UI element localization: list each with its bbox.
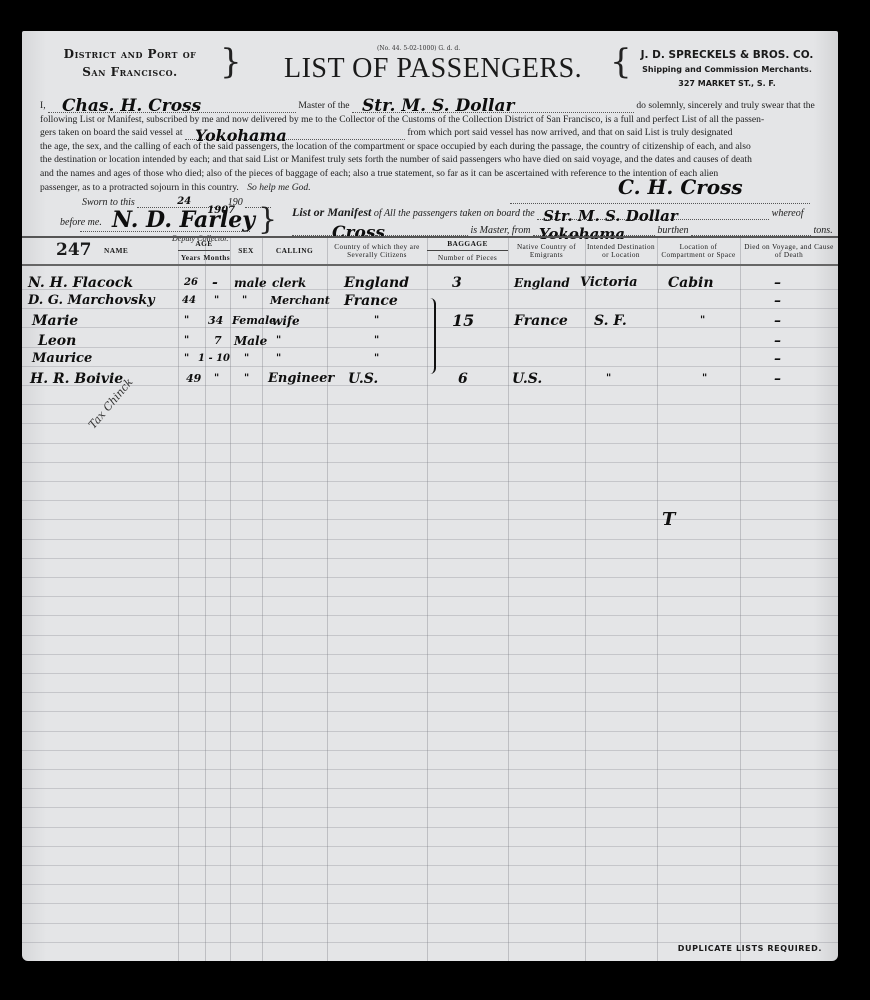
ruled-line <box>22 462 838 463</box>
oath-line-4: the age, the sex, and the calling of eac… <box>40 140 822 154</box>
ruled-line <box>22 596 838 597</box>
ruled-line <box>22 519 838 520</box>
ruled-line <box>22 865 838 866</box>
oath-line-3-head: gers taken on board the said vessel at <box>40 127 183 138</box>
oath-prefix: I, <box>40 100 46 111</box>
port-line: San Francisco. <box>40 63 220 81</box>
ruled-line <box>22 750 838 751</box>
col-age-years: Years <box>178 251 203 263</box>
ruled-line <box>22 404 838 405</box>
sworn-brace: } <box>258 205 277 235</box>
ruled-line <box>22 884 838 885</box>
ruled-line <box>22 731 838 732</box>
ruled-line <box>22 769 838 770</box>
district-line: District and Port of <box>40 45 220 63</box>
collector-signature: N. D. Farley <box>112 207 255 233</box>
ruled-line <box>22 827 838 828</box>
row-compartment: " <box>702 367 707 391</box>
ruled-line <box>22 942 838 943</box>
row-baggage: 6 <box>458 367 468 391</box>
ruled-line <box>22 807 838 808</box>
manifest-page: District and Port of San Francisco. } (N… <box>22 31 838 961</box>
list-number: 247 <box>56 240 92 260</box>
ruled-line <box>22 788 838 789</box>
ruled-line <box>22 711 838 712</box>
oath-line-2: following List or Manifest, subscribed b… <box>40 113 822 127</box>
stray-mark: T <box>662 509 675 530</box>
col-compartment: Location of Compartment or Space <box>657 238 740 264</box>
col-age-months: Months <box>203 251 230 263</box>
row-destination: " <box>606 367 611 391</box>
col-died: Died on Voyage, and Cause of Death <box>740 238 838 264</box>
oath-closing: So help me God. <box>247 182 310 193</box>
manifest-vessel-field: Str. M. S. Dollar <box>537 219 769 220</box>
manifest-label-bold: List or Manifest <box>292 205 371 219</box>
manifest-burthen: burthen <box>657 225 688 236</box>
oath-line-5: the destination or location intended by … <box>40 153 822 167</box>
ruled-line <box>22 481 838 482</box>
footer-note: DUPLICATE LISTS REQUIRED. <box>678 944 822 953</box>
before-me-label: before me. <box>60 217 102 228</box>
ruled-line <box>22 558 838 559</box>
col-sex: SEX <box>230 238 262 264</box>
ruled-line <box>22 443 838 444</box>
sworn-day: 24 <box>177 196 191 207</box>
agent-heading: J. D. SPRECKELS & BROS. CO. Shipping and… <box>622 47 832 91</box>
manifest-line-2: Cross is Master, from Yokohama burthen t… <box>292 225 833 236</box>
row-years: 49 <box>186 367 201 391</box>
col-calling: CALLING <box>262 238 327 264</box>
row-name: H. R. Boivie <box>30 367 123 391</box>
collector-signature-line <box>80 231 250 232</box>
district-port-heading: District and Port of San Francisco. <box>40 45 220 81</box>
ruled-line <box>22 846 838 847</box>
master-of-label: Master of the <box>298 100 349 111</box>
col-destination: Intended Destination or Location <box>585 238 657 264</box>
col-country: Country of which they are Severally Citi… <box>327 238 427 264</box>
master-name: Chas. H. Cross <box>62 100 201 114</box>
master-signature-line <box>510 203 810 204</box>
oath-line-3-tail: from which port said vessel has now arri… <box>407 127 732 138</box>
oath-line-1: I, Chas. H. Cross Master of the Str. M. … <box>40 99 822 113</box>
table-header: 247 NAME AGE Years Months SEX CALLING Co… <box>22 236 838 266</box>
manifest-is-master-from: is Master, from <box>471 225 531 236</box>
ruled-line <box>22 577 838 578</box>
agent-business: Shipping and Commission Merchants. <box>622 63 832 77</box>
manifest-line-1: List or Manifest of All the passengers t… <box>292 205 804 220</box>
manifest-vessel: Str. M. S. Dollar <box>543 207 678 225</box>
row-died: – <box>774 367 781 391</box>
left-brace: } <box>220 45 242 79</box>
manifest-tons: tons. <box>814 225 833 236</box>
row-native: U.S. <box>512 367 542 391</box>
ruled-line <box>22 615 838 616</box>
col-baggage: BAGGAGE Number of Pieces <box>427 238 508 264</box>
oath-line-7-text: passenger, as to a protracted sojourn in… <box>40 182 239 193</box>
ruled-line <box>22 673 838 674</box>
ruled-line <box>22 500 838 501</box>
ruled-line <box>22 903 838 904</box>
agent-address: 327 MARKET ST., S. F. <box>622 77 832 91</box>
col-baggage-pieces: Number of Pieces <box>427 251 508 263</box>
manifest-label-rest: of All the passengers taken on board the <box>374 208 535 219</box>
row-country: U.S. <box>348 367 378 391</box>
row-calling: Engineer <box>268 367 334 391</box>
col-name: NAME <box>104 238 164 264</box>
master-signature: C. H. Cross <box>618 175 743 199</box>
col-age-label: AGE <box>178 238 230 251</box>
oath-line-1-tail: do solemnly, sincerely and truly swear t… <box>636 100 814 111</box>
baggage-group-brace <box>426 298 436 374</box>
row-months: " <box>214 367 219 391</box>
vessel-name: Str. M. S. Dollar <box>362 100 515 114</box>
page-title: LIST OF PASSENGERS. <box>284 53 582 85</box>
ruled-line <box>22 539 838 540</box>
agent-name: J. D. SPRECKELS & BROS. CO. <box>622 47 832 63</box>
oath-line-3: gers taken on board the said vessel at Y… <box>40 126 822 140</box>
col-baggage-label: BAGGAGE <box>427 238 508 251</box>
col-age: AGE Years Months <box>178 238 230 264</box>
col-native-country: Native Country of Emigrants <box>508 238 585 264</box>
ruled-line <box>22 654 838 655</box>
row-sex: " <box>244 367 249 391</box>
ruled-line <box>22 923 838 924</box>
ruled-line <box>22 635 838 636</box>
form-number: (No. 44. 5-02-1000) G. d. d. <box>377 45 460 52</box>
ruled-line <box>22 692 838 693</box>
manifest-whereof: whereof <box>772 208 804 219</box>
ruled-line <box>22 423 838 424</box>
